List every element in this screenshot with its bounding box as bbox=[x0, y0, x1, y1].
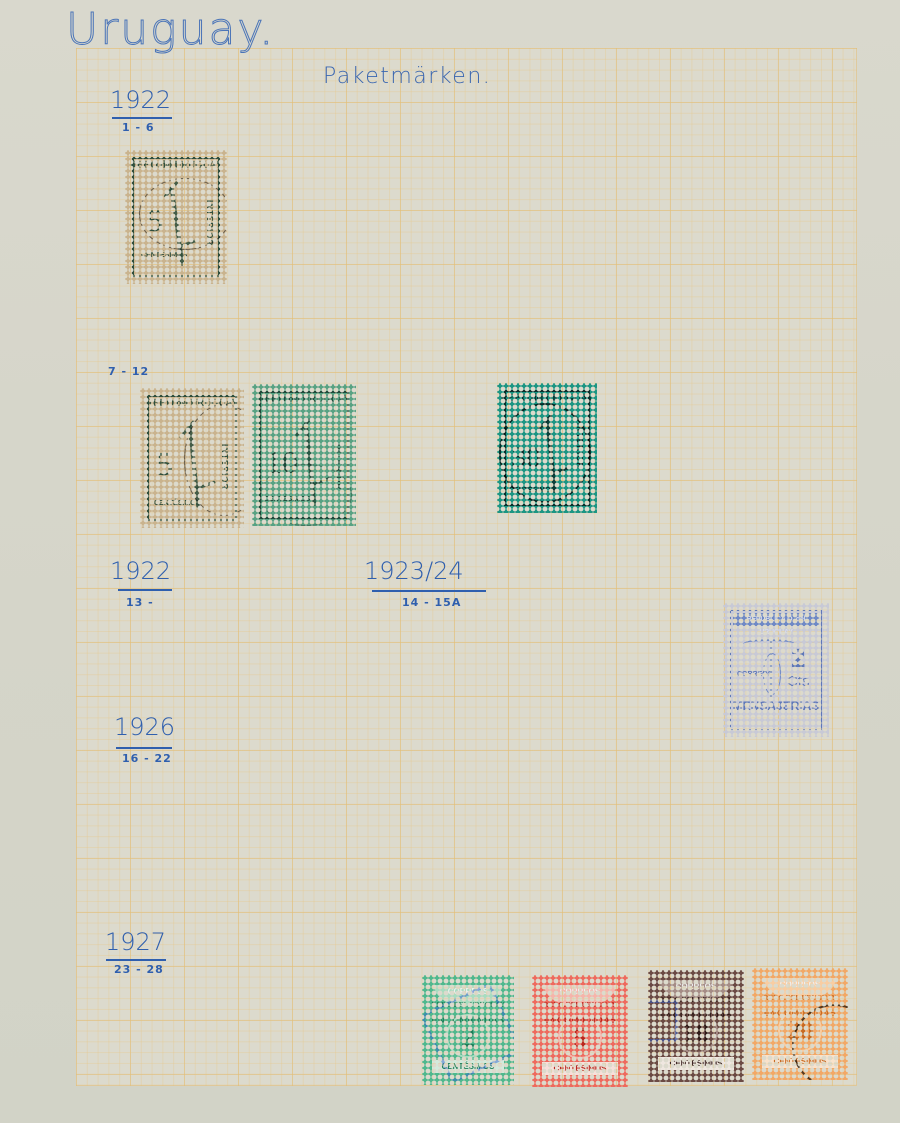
stamp-cor: CORREOS bbox=[648, 982, 744, 991]
stamp-banner: REPUBLICA O. del URUGUAY bbox=[733, 613, 819, 626]
stamp-encomiendas-5c: CORREOS REP.O.DEL URUGUAY ENCOMIENDAS 5 … bbox=[532, 975, 628, 1087]
section-year-1926: 1926 bbox=[114, 713, 175, 741]
stamp-mercury-10c: REP O.del URUGUAY 10 CENTÉSIMOS INTERIOR bbox=[252, 384, 356, 526]
stamp-encomiendas-20c: CORREOS REP.O.DEL URUGUAY ENCOMIENDAS 20… bbox=[752, 968, 848, 1080]
stamp-pmark bbox=[260, 464, 352, 526]
stamp-bluemark bbox=[642, 1000, 678, 1042]
page-title: Uruguay. bbox=[66, 4, 275, 55]
stamp-mercury-5c: REP O.del URUGUAY 5 CENTÉSIMOS INTERIOR bbox=[125, 150, 227, 284]
section-range: 1 - 6 bbox=[122, 121, 155, 134]
year-underline bbox=[116, 747, 172, 749]
section-year-1923-24: 1923/24 bbox=[364, 557, 464, 585]
section-range: 7 - 12 bbox=[108, 365, 149, 378]
page-subtitle: Paketmärken. bbox=[323, 64, 491, 89]
stamp-stamp-detail: CORREOS bbox=[737, 671, 772, 678]
stamp-bottom: CENTÉSIMOS bbox=[542, 1062, 618, 1075]
section-year-1922: 1922 bbox=[110, 557, 171, 585]
stamp-cor: CORREOS bbox=[752, 980, 848, 989]
year-underline bbox=[112, 117, 172, 119]
stamp-mensajerias-2cts: REPUBLICA O. del URUGUAY CORREOS 2 Cts M… bbox=[723, 603, 829, 737]
stamp-value: 2 bbox=[791, 643, 805, 674]
year-underline bbox=[372, 590, 486, 592]
section-range: 16 - 22 bbox=[122, 752, 172, 765]
section-year-1922: 1922 bbox=[110, 86, 171, 114]
stamp-stamp-detail: MENSAJERIAS bbox=[723, 699, 829, 713]
section-range: 23 - 28 bbox=[114, 963, 164, 976]
stamp-pmark bbox=[499, 403, 591, 503]
stamp-value: 5 bbox=[532, 1023, 628, 1055]
year-underline bbox=[118, 589, 172, 591]
stamp-encomiendas-10c: CORREOS REP.O.DEL URUGUAY ENCOMIENDAS 10… bbox=[648, 970, 744, 1082]
section-range: 14 - 15A bbox=[402, 596, 461, 609]
stamp-stamp-detail: Cts bbox=[787, 673, 810, 690]
stamp-cor: CORREOS bbox=[532, 987, 628, 996]
stamp-top-text: REP O.del URUGUAY bbox=[125, 160, 227, 171]
stamp-encomiendas-2c: CORREOS REP.O.DEL URUGUAY ENCOMIENDAS 2 … bbox=[422, 975, 514, 1085]
stamp-pmark bbox=[139, 178, 231, 250]
section-year-1927: 1927 bbox=[105, 928, 166, 956]
stamp-rep: REP.O.DEL URUGUAY bbox=[752, 994, 848, 1002]
section-range: 13 - bbox=[126, 596, 154, 609]
year-underline bbox=[106, 959, 166, 961]
stamp-rep: REP.O.DEL URUGUAY bbox=[532, 1001, 628, 1009]
stamp-stamp-detail bbox=[743, 639, 795, 649]
stamp-bottom: CENTÉSIMOS bbox=[658, 1057, 734, 1070]
stamp-cent: CENTÉSIMOS bbox=[125, 252, 227, 259]
stamp-top-text: REP O.del URUGUAY bbox=[252, 394, 356, 405]
stamp-mercury-5c: REP O.del URUGUAY 5 CENTÉSIMOS INTERIOR bbox=[140, 388, 244, 528]
stamp-mercury-30c: REP O.del URUGUAY 30 CENTÉSIMOS INTERIOR bbox=[497, 383, 597, 513]
stamp-value: 5 bbox=[156, 446, 173, 484]
